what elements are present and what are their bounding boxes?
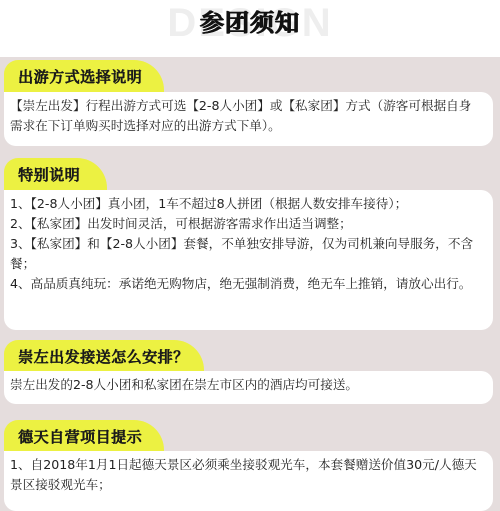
section-title-special-notes: 特别说明 (4, 158, 107, 192)
section-title-pickup: 崇左出发接送怎么安排？ (4, 340, 204, 374)
list-item: 2、【私家团】出发时间灵活，可根据游客需求作出适当调整； (10, 214, 483, 234)
section-body-travel-mode: 【崇左出发】行程出游方式可选【2-8人小团】或【私家团】方式（游客可根据自身需求… (4, 92, 493, 146)
section-body-detian-tips: 1、自2018年1月1日起德天景区必须乘坐接驳观光车，本套餐赠送价值30元/人德… (4, 451, 493, 500)
section-body-pickup: 崇左出发的2-8人小团和私家团在崇左市区内的酒店均可接送。 (4, 371, 493, 404)
section-text: 【崇左出发】行程出游方式可选【2-8人小团】或【私家团】方式（游客可根据自身需求… (10, 96, 483, 136)
list-item: 4、高品质真纯玩：承诺绝无购物店，绝无强制消费，绝无车上推销，请放心出行。 (10, 274, 483, 294)
list-item: 1、【2-8人小团】真小团，1车不超过8人拼团（根据人数安排车接待）； (10, 194, 483, 214)
page-title: 参团须知 (0, 8, 500, 38)
page-header: DESIGN 参团须知 (0, 0, 500, 57)
section-body-special-notes: 1、【2-8人小团】真小团，1车不超过8人拼团（根据人数安排车接待）； 2、【私… (4, 190, 493, 330)
section-title-detian-tips: 德天自营项目提示 (4, 420, 164, 454)
section-text: 崇左出发的2-8人小团和私家团在崇左市区内的酒店均可接送。 (10, 375, 483, 395)
section-title-travel-mode: 出游方式选择说明 (4, 60, 164, 94)
list-item: 3、【私家团】和【2-8人小团】套餐，不单独安排导游，仅为司机兼向导服务，不含餐… (10, 234, 483, 274)
list-item: 1、自2018年1月1日起德天景区必须乘坐接驳观光车，本套餐赠送价值30元/人德… (10, 455, 483, 495)
